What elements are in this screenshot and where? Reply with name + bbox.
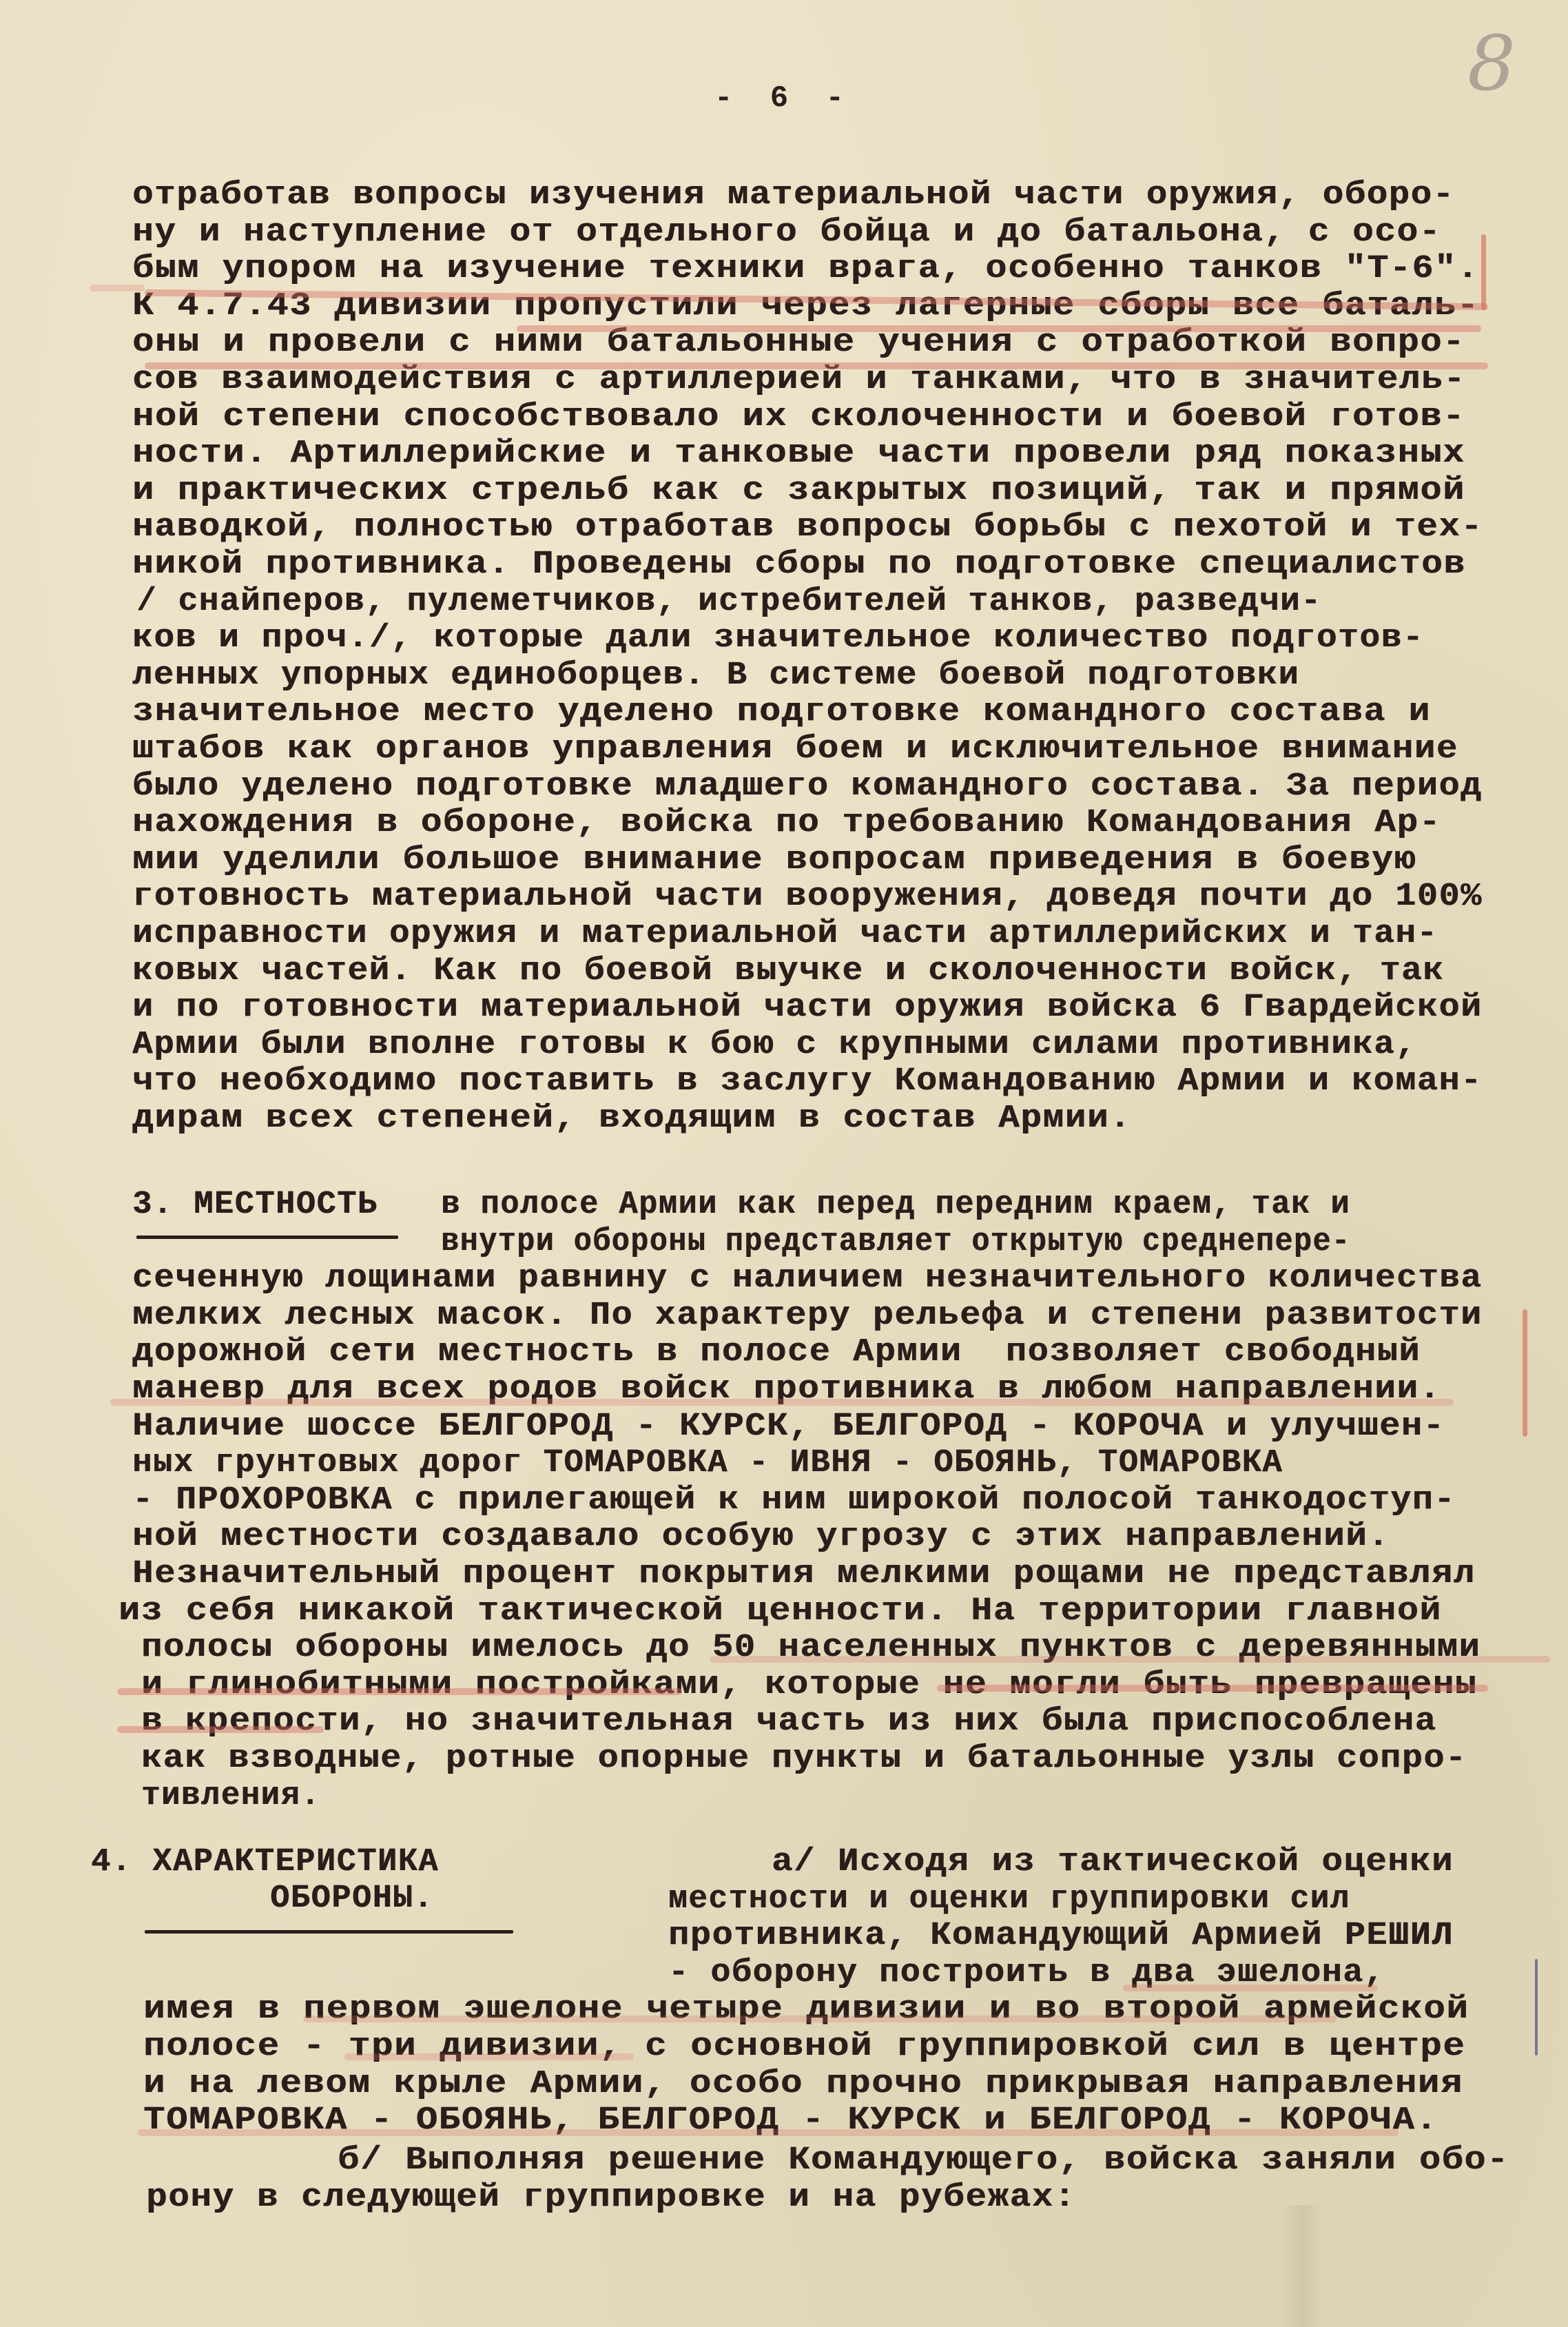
typed-line: ной степени способствовало их сколоченно…	[132, 400, 1465, 435]
red-pencil-underline	[117, 1726, 324, 1733]
archive-sheet-number: 8	[1467, 19, 1516, 107]
typed-line: ков и проч./, которые дали значительное …	[132, 621, 1424, 657]
red-pencil-margin-line	[1523, 1309, 1527, 1437]
typed-line: ленных упорных единоборцев. В системе бо…	[132, 658, 1299, 694]
typed-line: рону в следующей группировке и на рубежа…	[146, 2180, 1076, 2216]
typed-line: противника, Командующий Армией РЕШИЛ	[668, 1918, 1454, 1954]
typed-line: / снайперов, пулеметчиков, истребителей …	[136, 584, 1321, 620]
typed-line: внутри обороны представляет открытую сре…	[441, 1224, 1350, 1260]
paper-fold-shadow	[1281, 2205, 1323, 2327]
blue-pencil-margin-line	[1535, 1959, 1538, 2056]
typed-line: в крепости, но значительная часть из них…	[141, 1704, 1437, 1740]
typed-line: исправности оружия и материальной части …	[132, 916, 1438, 952]
typed-line: никой противника. Проведены сборы по под…	[132, 547, 1466, 583]
typed-line: бым упором на изучение техники врага, ос…	[132, 252, 1479, 287]
typed-line: мелких лесных масок. По характеру рельеф…	[132, 1298, 1483, 1334]
red-pencil-margin-bracket	[1481, 234, 1486, 310]
red-pencil-underline	[117, 1688, 682, 1695]
typed-line: - ПРОХОРОВКА с прилегающей к ним широкой…	[132, 1483, 1456, 1519]
typed-line: ных грунтовых дорог ТОМАРОВКА - ИВНЯ - О…	[132, 1446, 1283, 1482]
typed-line: тивления.	[141, 1778, 320, 1814]
typed-line: полосе - три дивизии, с основной группир…	[143, 2029, 1465, 2065]
red-pencil-underline	[1123, 1985, 1378, 1991]
typed-line: местности и оценки группировки сил	[668, 1882, 1350, 1918]
red-pencil-underline	[145, 362, 1488, 369]
typed-line: нахождения в обороне, войска по требован…	[132, 806, 1441, 841]
red-pencil-underline	[110, 1399, 1454, 1406]
typed-line: сеченную лощинами равнину с наличием нез…	[132, 1261, 1482, 1297]
section-4-heading-line-1: 4. ХАРАКТЕРИСТИКА	[91, 1845, 439, 1880]
red-pencil-tick	[90, 285, 145, 291]
typed-line: ной местности создавало особую угрозу с …	[132, 1519, 1390, 1555]
typed-line: и практических стрельб как с закрытых по…	[132, 473, 1465, 509]
typed-line: а/ Исходя из тактической оценки	[772, 1845, 1454, 1880]
typed-line: штабов как органов управления боем и иск…	[132, 732, 1458, 768]
typed-line: б/ Выполняя решение Командующего, войска…	[338, 2143, 1509, 2179]
red-pencil-underline	[517, 325, 1481, 332]
typed-line: ковых частей. Как по боевой выучке и ско…	[132, 954, 1444, 990]
typed-line: Незначительный процент покрытия мелкими …	[132, 1557, 1476, 1592]
red-pencil-underline	[303, 2016, 1337, 2022]
red-pencil-underline	[344, 2053, 634, 2060]
typed-line: как взводные, ротные опорные пункты и ба…	[141, 1741, 1467, 1777]
typed-line: значительное место уделено подготовке ко…	[132, 695, 1431, 730]
page-number: - 6 -	[0, 81, 1568, 116]
typed-line: в полосе Армии как перед передним краем,…	[441, 1187, 1350, 1223]
typed-line: ну и наступление от отдельного бойца и д…	[132, 215, 1441, 251]
typed-line: Армии были вполне готовы к бою с крупным…	[132, 1027, 1416, 1063]
typed-line: дорожной сети местность в полосе Армии п…	[132, 1335, 1421, 1371]
typed-line: что необходимо поставить в заслугу Коман…	[132, 1064, 1483, 1100]
typed-line: было уделено подготовке младшего командн…	[132, 769, 1483, 805]
typed-line: и по готовности материальной части оружи…	[132, 990, 1483, 1026]
typed-line: мии уделили большое внимание вопросам пр…	[132, 843, 1416, 879]
red-pencil-underline	[937, 1685, 1488, 1692]
typed-line: ности. Артиллерийские и танковые части п…	[132, 436, 1465, 472]
typed-line: и на левом крыле Армии, особо прочно при…	[143, 2067, 1463, 2102]
red-pencil-underline	[138, 2129, 1399, 2136]
section-4-heading-line-2: ОБОРОНЫ.	[270, 1881, 434, 1917]
red-pencil-underline	[710, 1656, 1550, 1663]
typed-line: наводкой, полностью отработав вопросы бо…	[132, 510, 1483, 546]
document-page: - 6 - 8 отработав вопросы изучения матер…	[0, 0, 1568, 2327]
typed-line: Наличие шоссе БЕЛГОРОД - КУРСК, БЕЛГОРОД…	[132, 1409, 1445, 1445]
typed-line: из себя никакой тактической ценности. На…	[118, 1594, 1442, 1630]
typed-line: отработав вопросы изучения материальной …	[132, 178, 1455, 214]
typed-line: имея в первом эшелоне четыре дивизии и в…	[143, 1992, 1469, 2028]
section-3-heading: 3. МЕСТНОСТЬ	[132, 1187, 378, 1223]
section-3-heading-underline	[136, 1236, 398, 1239]
section-4-heading-underline	[145, 1930, 513, 1934]
typed-line: готовность материальной части вооружения…	[132, 879, 1483, 915]
typed-line: дирам всех степеней, входящим в состав А…	[132, 1101, 1131, 1137]
